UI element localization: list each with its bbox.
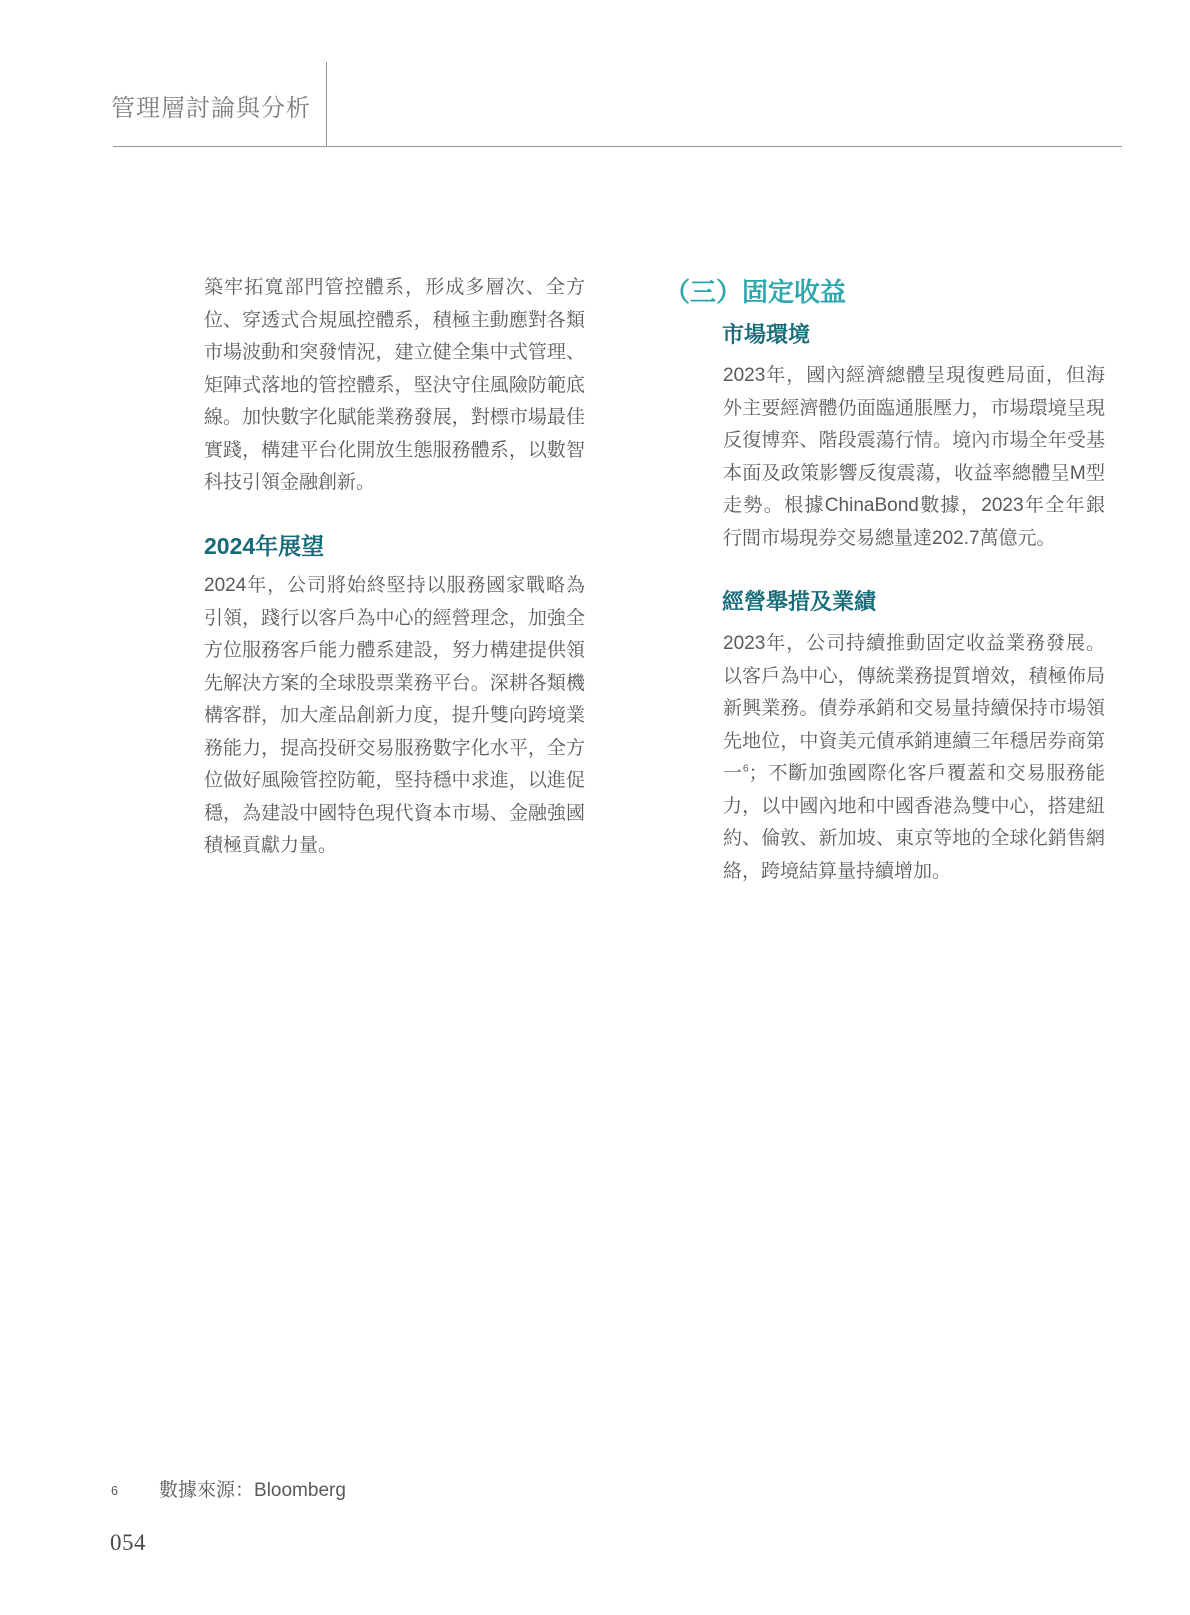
market-environment-heading: 市場環境 xyxy=(722,321,810,348)
footnote: 數據來源：Bloomberg xyxy=(159,1478,346,1504)
page-title: 管理層討論與分析 xyxy=(111,88,311,123)
outlook-2024-heading: 2024年展望 xyxy=(204,532,324,560)
fixed-income-section-heading: （三）固定收益 xyxy=(664,276,846,308)
operations-text-after-footnote: ；不斷加強國際化客戶覆蓋和交易服務能力，以中國內地和中國香港為雙中心，搭建紐約、… xyxy=(723,763,1105,882)
left-paragraph-governance: 築牢拓寬部門管控體系，形成多層次、全方位、穿透式合規風控體系，積極主動應對各類市… xyxy=(204,272,585,500)
page-number: 054 xyxy=(110,1530,146,1555)
report-page: 管理層討論與分析 築牢拓寬部門管控體系，形成多層次、全方位、穿透式合規風控體系，… xyxy=(0,0,1190,1615)
footnote-marker: 6 xyxy=(111,1484,118,1498)
footnote-label: 數據來源： xyxy=(159,1480,254,1501)
header-vertical-rule xyxy=(326,62,327,147)
operations-results-heading: 經營舉措及業績 xyxy=(722,588,876,615)
header-horizontal-rule xyxy=(113,146,1122,147)
footnote-source: Bloomberg xyxy=(254,1480,346,1501)
operations-results-paragraph: 2023年，公司持續推動固定收益業務發展。以客戶為中心，傳統業務提質增效，積極佈… xyxy=(723,628,1105,888)
operations-text-before-footnote: 2023年，公司持續推動固定收益業務發展。以客戶為中心，傳統業務提質增效，積極佈… xyxy=(723,633,1105,784)
market-environment-paragraph: 2023年，國內經濟總體呈現復甦局面，但海外主要經濟體仍面臨通脹壓力，市場環境呈… xyxy=(723,360,1105,555)
left-paragraph-outlook: 2024年，公司將始終堅持以服務國家戰略為引領，踐行以客戶為中心的經營理念，加強… xyxy=(204,570,585,863)
